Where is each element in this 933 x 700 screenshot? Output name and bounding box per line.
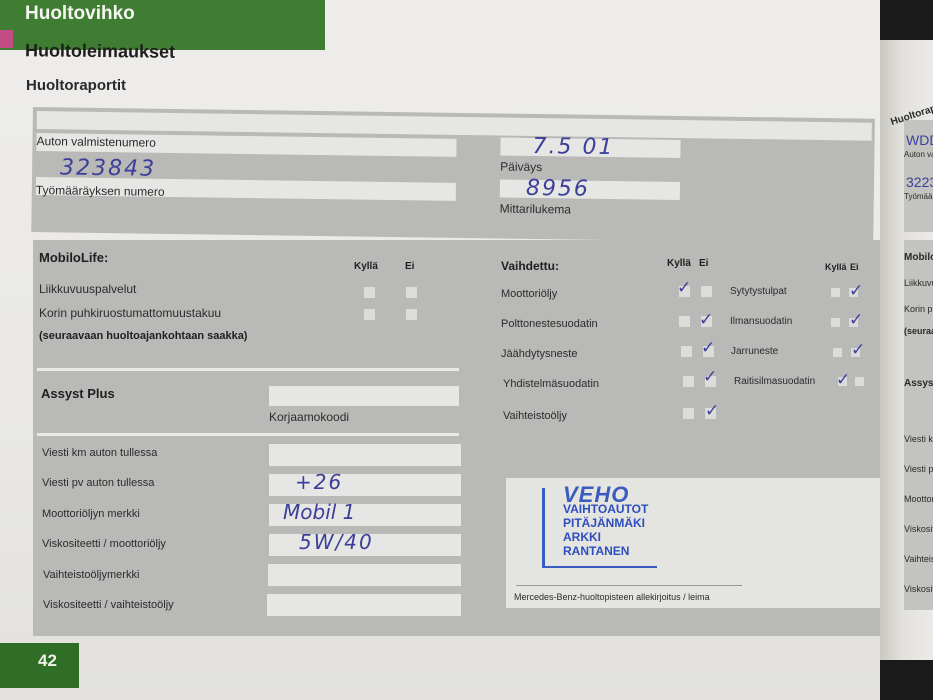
replaced-item-yes-checkbox[interactable] (681, 346, 692, 357)
next-page-fragment: Viskosit (904, 524, 933, 534)
work-order-value: 323843 (60, 155, 156, 181)
detail-field[interactable] (268, 564, 461, 586)
replaced-item-no-checkbox[interactable]: ✓ (705, 376, 716, 387)
stamp-line: PITÄJÄNMÄKI (563, 516, 657, 530)
replaced-title: Vaihdettu: (501, 259, 559, 273)
date-value: 7.5 01 (532, 134, 614, 160)
section-title: Huoltoleimaukset (25, 40, 175, 63)
replaced-item-yes-checkbox[interactable]: ✓ (679, 286, 690, 297)
replaced-item-label: Ilmansuodatin (730, 316, 792, 327)
mobilolife-title: MobiloLife: (39, 250, 108, 265)
workshop-code-label: Korjaamokoodi (269, 410, 349, 424)
replaced-no-header-right: Ei (850, 262, 859, 272)
replaced-yes-header: Kyllä (667, 258, 691, 269)
detail-value: 5W/40 (299, 530, 374, 554)
next-page-fragment: Auton valm (904, 150, 933, 159)
check-mark-icon: ✓ (701, 340, 715, 357)
stamp-logo: VEHO (563, 488, 657, 502)
replaced-item-label: Jarruneste (731, 346, 778, 357)
replaced-item-yes-checkbox[interactable] (831, 288, 840, 297)
replaced-item-label: Jäähdytysneste (501, 348, 577, 360)
next-page-fragment: MobiloLi (904, 252, 933, 263)
replaced-item-no-checkbox[interactable]: ✓ (703, 346, 714, 357)
page-number-band: 42 (0, 643, 79, 688)
vehicle-info-panel: Auton valmistenumero 323843 Työmääräykse… (31, 107, 875, 244)
mobilolife-item-yes-checkbox[interactable] (364, 309, 375, 320)
check-mark-icon: ✓ (703, 369, 717, 386)
chassis-number-label: Auton valmistenumero (36, 134, 156, 150)
replaced-item-no-checkbox[interactable]: ✓ (849, 318, 858, 327)
detail-value: +26 (295, 470, 343, 494)
check-mark-icon: ✓ (849, 283, 863, 300)
book-title: Huoltovihko (25, 3, 135, 25)
next-page-fragment: Vaihteis (904, 554, 933, 564)
next-page-fragment: Työmääräy (904, 192, 933, 201)
detail-field[interactable] (269, 444, 461, 466)
detail-label: Vaihteistoöljymerkki (43, 569, 139, 581)
section-tab-marker (0, 30, 13, 48)
next-page-fragment: Moottor (904, 494, 933, 504)
stamp-line: VAIHTOAUTOT (563, 502, 657, 516)
check-mark-icon: ✓ (836, 372, 850, 389)
detail-field[interactable] (267, 594, 461, 616)
check-mark-icon: ✓ (849, 312, 863, 329)
detail-label: Viskositeetti / vaihteistoöljy (43, 599, 174, 611)
work-order-label: Työmääräyksen numero (36, 183, 165, 199)
replaced-item-yes-checkbox[interactable]: ✓ (838, 377, 847, 386)
divider (37, 368, 459, 371)
replaced-item-yes-checkbox[interactable] (683, 408, 694, 419)
next-page-fragment: Viskosit (904, 584, 933, 594)
mobilolife-yes-header: Kyllä (354, 261, 378, 272)
detail-label: Viesti pv auton tullessa (42, 477, 154, 489)
next-page-edge: Huoltorap WDD2 Auton valm 3223 Työmääräy… (880, 40, 933, 660)
replaced-item-yes-checkbox[interactable] (683, 376, 694, 387)
dealer-stamp: VEHO VAIHTOAUTOT PITÄJÄNMÄKI ARKKI RANTA… (542, 488, 657, 568)
next-page-fragment: Korin puh (904, 304, 933, 314)
next-page-fragment: WDD2 (906, 132, 933, 148)
replaced-item-label: Yhdistelmäsuodatin (503, 378, 599, 390)
mobilolife-item-label: Liikkuvuuspalvelut (39, 282, 136, 296)
replaced-item-no-checkbox[interactable]: ✓ (701, 316, 712, 327)
service-booklet-page: Huoltovihko Huoltoleimaukset Huoltorapor… (0, 0, 880, 700)
mobilolife-note: (seuraavaan huoltoajankohtaan saakka) (39, 330, 247, 342)
next-page-fragment: (seuraav (904, 326, 933, 336)
detail-label: Viesti km auton tullessa (42, 447, 157, 459)
assyst-plus-title: Assyst Plus (41, 386, 115, 401)
check-mark-icon: ✓ (705, 403, 719, 420)
replaced-yes-header-right: Kyllä (825, 262, 847, 272)
divider (37, 433, 459, 436)
replaced-no-header: Ei (699, 258, 708, 269)
next-page-fragment: Assyst (904, 378, 933, 389)
replaced-item-no-checkbox[interactable]: ✓ (849, 288, 858, 297)
check-mark-icon: ✓ (851, 342, 865, 359)
mobilolife-item-no-checkbox[interactable] (406, 287, 417, 298)
replaced-item-no-checkbox[interactable] (855, 377, 864, 386)
replaced-item-no-checkbox[interactable]: ✓ (705, 408, 716, 419)
replaced-item-yes-checkbox[interactable] (831, 318, 840, 327)
detail-value: Mobil 1 (283, 500, 355, 524)
next-page-fragment: 3223 (906, 174, 933, 190)
mobilolife-no-header: Ei (405, 261, 414, 272)
detail-label: Moottoriöljyn merkki (42, 508, 140, 520)
odometer-value: 8956 (526, 176, 590, 202)
replaced-item-label: Raitisilmasuodatin (734, 376, 815, 387)
replaced-item-yes-checkbox[interactable] (833, 348, 842, 357)
replaced-item-no-checkbox[interactable] (701, 286, 712, 297)
replaced-item-label: Vaihteistoöljy (503, 410, 567, 422)
signature-stamp-area[interactable]: VEHO VAIHTOAUTOT PITÄJÄNMÄKI ARKKI RANTA… (506, 478, 882, 608)
mobilolife-item-yes-checkbox[interactable] (364, 287, 375, 298)
replaced-item-label: Polttonestesuodatin (501, 318, 598, 330)
check-mark-icon: ✓ (677, 280, 691, 297)
detail-label: Viskositeetti / moottoriöljy (42, 538, 166, 550)
mobilolife-item-label: Korin puhkiruostumattomuustakuu (39, 306, 221, 320)
date-label: Päiväys (500, 160, 542, 175)
replaced-item-no-checkbox[interactable]: ✓ (851, 348, 860, 357)
workshop-code-field[interactable] (269, 386, 459, 406)
next-page-fragment: Viesti km (904, 434, 933, 444)
mobilolife-item-no-checkbox[interactable] (406, 309, 417, 320)
check-mark-icon: ✓ (699, 312, 713, 329)
replaced-item-label: Sytytystulpat (730, 286, 787, 297)
replaced-item-yes-checkbox[interactable] (679, 316, 690, 327)
odometer-label: Mittarilukema (500, 202, 572, 217)
next-page-fragment: Liikkuvuus (904, 278, 933, 288)
replaced-item-label: Moottoriöljy (501, 288, 557, 300)
subsection-title: Huoltoraportit (26, 77, 126, 94)
stamp-line: ARKKI RANTANEN (563, 530, 657, 558)
page-number: 42 (38, 651, 57, 671)
signature-caption: Mercedes-Benz-huoltopisteen allekirjoitu… (514, 592, 710, 602)
signature-line (516, 585, 742, 586)
next-page-fragment: Viesti pv (904, 464, 933, 474)
